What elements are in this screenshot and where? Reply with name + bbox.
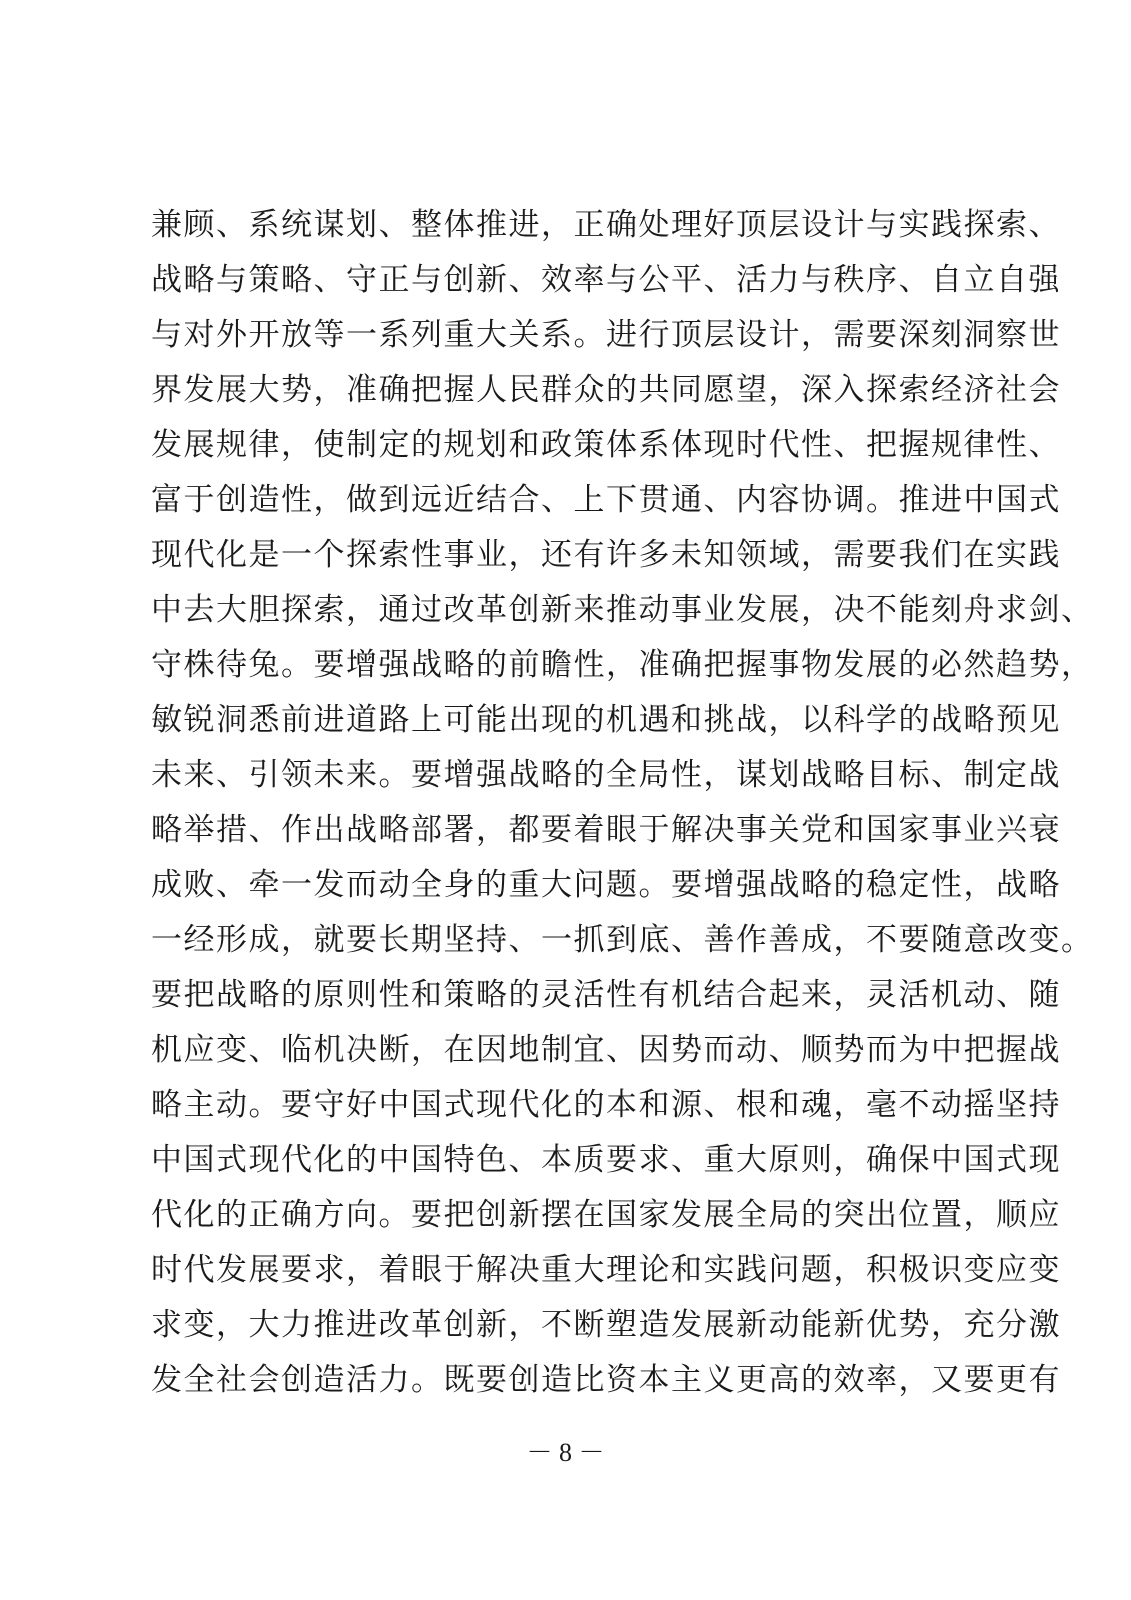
text-line: 中国式现代化的中国特色、本质要求、重大原则，确保中国式现 <box>151 1133 973 1188</box>
text-line: 发全社会创造活力。既要创造比资本主义更高的效率，又要更有 <box>151 1353 973 1408</box>
document-page: 兼顾、系统谋划、整体推进，正确处理好顶层设计与实践探索、 战略与策略、守正与创新… <box>0 0 1131 1600</box>
text-line: 求变，大力推进改革创新，不断塑造发展新动能新优势，充分激 <box>151 1298 973 1353</box>
body-text: 兼顾、系统谋划、整体推进，正确处理好顶层设计与实践探索、 战略与策略、守正与创新… <box>151 198 973 1408</box>
text-line: 中去大胆探索，通过改革创新来推动事业发展，决不能刻舟求剑、 <box>151 583 973 638</box>
text-line: 略主动。要守好中国式现代化的本和源、根和魂，毫不动摇坚持 <box>151 1078 973 1133</box>
text-line: 成败、牵一发而动全身的重大问题。要增强战略的稳定性，战略 <box>151 858 973 913</box>
text-line: 未来、引领未来。要增强战略的全局性，谋划战略目标、制定战 <box>151 748 973 803</box>
text-line: 代化的正确方向。要把创新摆在国家发展全局的突出位置，顺应 <box>151 1188 973 1243</box>
text-line: 兼顾、系统谋划、整体推进，正确处理好顶层设计与实践探索、 <box>151 198 973 253</box>
text-line: 要把战略的原则性和策略的灵活性有机结合起来，灵活机动、随 <box>151 968 973 1023</box>
text-line: 富于创造性，做到远近结合、上下贯通、内容协调。推进中国式 <box>151 473 973 528</box>
text-line: 与对外开放等一系列重大关系。进行顶层设计，需要深刻洞察世 <box>151 308 973 363</box>
text-line: 机应变、临机决断，在因地制宜、因势而动、顺势而为中把握战 <box>151 1023 973 1078</box>
text-line: 界发展大势，准确把握人民群众的共同愿望，深入探索经济社会 <box>151 363 973 418</box>
page-number: － 8 － <box>0 1432 1131 1469</box>
text-line: 现代化是一个探索性事业，还有许多未知领域，需要我们在实践 <box>151 528 973 583</box>
text-line: 战略与策略、守正与创新、效率与公平、活力与秩序、自立自强 <box>151 253 973 308</box>
text-line: 时代发展要求，着眼于解决重大理论和实践问题，积极识变应变 <box>151 1243 973 1298</box>
text-line: 一经形成，就要长期坚持、一抓到底、善作善成，不要随意改变。 <box>151 913 973 968</box>
text-line: 敏锐洞悉前进道路上可能出现的机遇和挑战，以科学的战略预见 <box>151 693 973 748</box>
text-line: 略举措、作出战略部署，都要着眼于解决事关党和国家事业兴衰 <box>151 803 973 858</box>
text-line: 发展规律，使制定的规划和政策体系体现时代性、把握规律性、 <box>151 418 973 473</box>
text-line: 守株待兔。要增强战略的前瞻性，准确把握事物发展的必然趋势， <box>151 638 973 693</box>
